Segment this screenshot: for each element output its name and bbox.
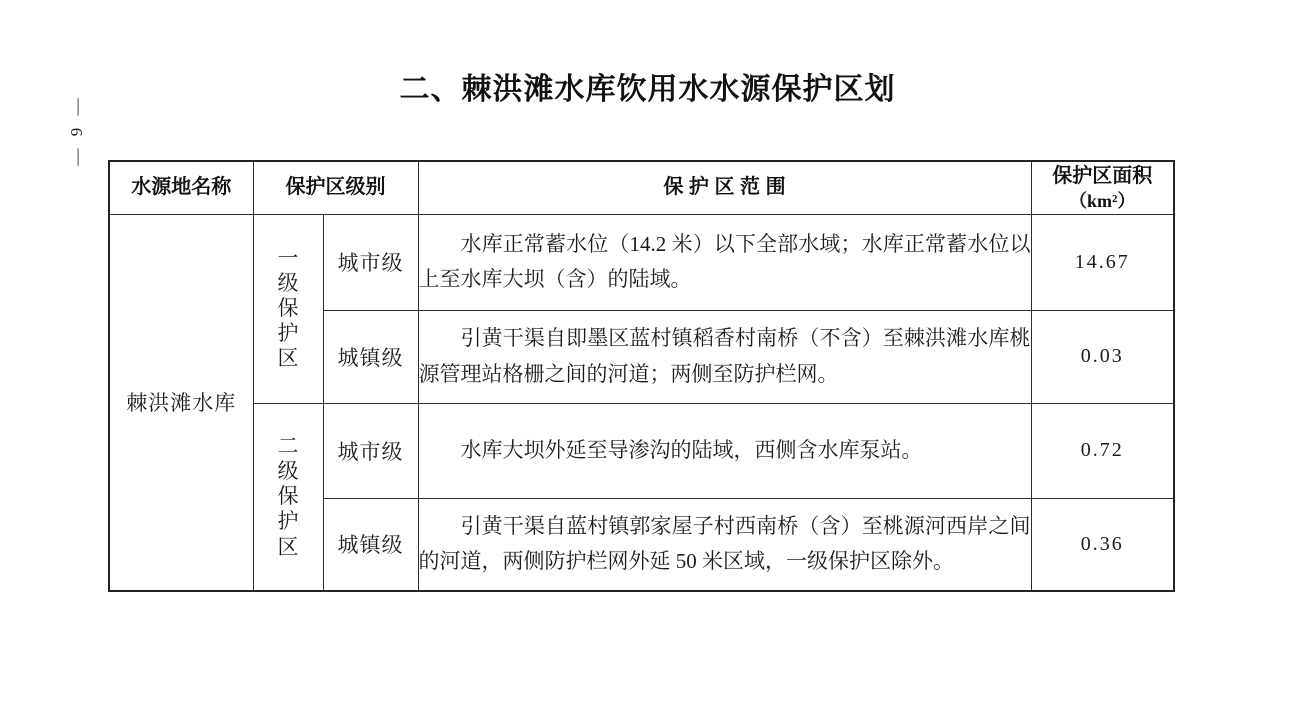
header-zone-area-unit: （km²） — [1032, 190, 1174, 213]
cell-area: 0.36 — [1031, 498, 1174, 591]
header-source-name: 水源地名称 — [109, 161, 253, 214]
cell-level-primary: 一级保护区 — [253, 214, 323, 403]
level-primary-text: 一级保护区 — [278, 246, 299, 372]
level-secondary-text: 二级保护区 — [278, 434, 299, 560]
cell-scope: 水库正常蓄水位（14.2 米）以下全部水域；水库正常蓄水位以上至水库大坝（含）的… — [418, 214, 1031, 310]
cell-scope: 引黄干渠自蓝村镇郭家屋子村西南桥（含）至桃源河西岸之间的河道，两侧防护栏网外延 … — [418, 498, 1031, 591]
table-row: 二级保护区 城市级 水库大坝外延至导渗沟的陆域，西侧含水库泵站。 0.72 — [109, 403, 1174, 498]
header-zone-level: 保护区级别 — [253, 161, 418, 214]
cell-sublevel: 城镇级 — [323, 310, 418, 403]
page-title: 二、棘洪滩水库饮用水水源保护区划 — [0, 64, 1295, 108]
cell-sublevel: 城市级 — [323, 403, 418, 498]
cell-scope: 水库大坝外延至导渗沟的陆域，西侧含水库泵站。 — [418, 403, 1031, 498]
protection-zone-table: 水源地名称 保护区级别 保 护 区 范 围 保护区面积 （km²） 棘洪滩水库 … — [108, 160, 1175, 592]
scope-text: 水库大坝外延至导渗沟的陆域，西侧含水库泵站。 — [419, 433, 1031, 468]
scope-text: 引黄干渠自蓝村镇郭家屋子村西南桥（含）至桃源河西岸之间的河道，两侧防护栏网外延 … — [419, 509, 1031, 579]
cell-area: 0.72 — [1031, 403, 1174, 498]
cell-area: 0.03 — [1031, 310, 1174, 403]
header-zone-area-title: 保护区面积 — [1032, 164, 1174, 189]
table-row: 棘洪滩水库 一级保护区 城市级 水库正常蓄水位（14.2 米）以下全部水域；水库… — [109, 214, 1174, 310]
table-header-row: 水源地名称 保护区级别 保 护 区 范 围 保护区面积 （km²） — [109, 161, 1174, 214]
cell-sublevel: 城市级 — [323, 214, 418, 310]
cell-level-secondary: 二级保护区 — [253, 403, 323, 591]
header-zone-area: 保护区面积 （km²） — [1031, 161, 1174, 214]
cell-source-name: 棘洪滩水库 — [109, 214, 253, 591]
cell-sublevel: 城镇级 — [323, 498, 418, 591]
cell-scope: 引黄干渠自即墨区蓝村镇稻香村南桥（不含）至棘洪滩水库桃源管理站格栅之间的河道；两… — [418, 310, 1031, 403]
document-page: — 9 — 二、棘洪滩水库饮用水水源保护区划 水源地名称 保护区级别 保 护 区… — [0, 0, 1295, 704]
scope-text: 引黄干渠自即墨区蓝村镇稻香村南桥（不含）至棘洪滩水库桃源管理站格栅之间的河道；两… — [419, 321, 1031, 391]
cell-area: 14.67 — [1031, 214, 1174, 310]
scope-text: 水库正常蓄水位（14.2 米）以下全部水域；水库正常蓄水位以上至水库大坝（含）的… — [419, 227, 1031, 297]
header-zone-scope: 保 护 区 范 围 — [418, 161, 1031, 214]
